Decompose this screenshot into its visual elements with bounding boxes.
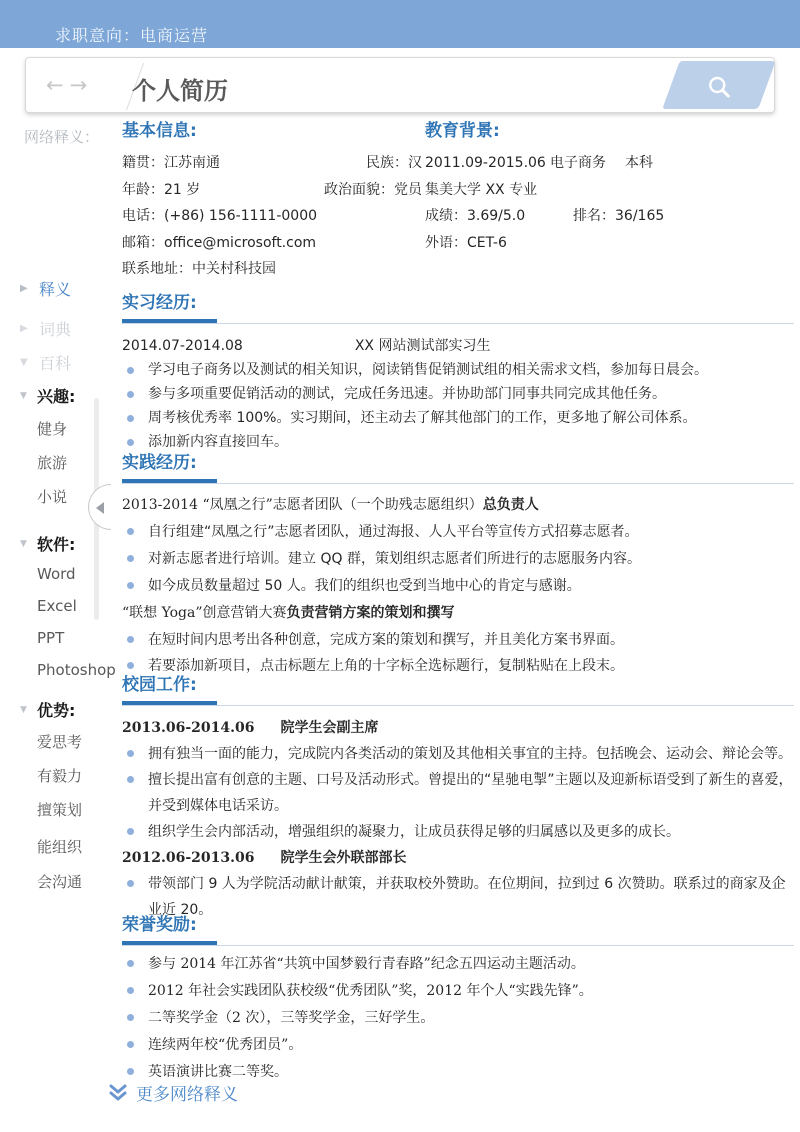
sidebar-item-cidian[interactable]: ▶ 词典 <box>20 317 71 340</box>
section-heading: 实习经历: <box>122 292 794 314</box>
bullet-list: 在短时间内思考出各种创意，完成方案的策划和撰写，并且美化方案书界面。 若要添加新… <box>122 627 794 679</box>
entry-period: 2013.06-2014.06 <box>122 715 254 741</box>
field-label: 外语： <box>425 230 467 257</box>
education-school: 集美大学 XX 专业 <box>425 177 788 204</box>
search-icon <box>706 74 732 100</box>
field-label: 籍贯： <box>122 150 164 177</box>
list-item: PPT <box>37 629 64 647</box>
section-rule <box>122 701 794 706</box>
field-value: 3.69/5.0 <box>467 208 525 224</box>
expand-down-icon[interactable]: ▼ <box>20 539 30 549</box>
group-title-label: 软件: <box>37 532 75 555</box>
sidebar-item-label: 释义 <box>39 277 71 300</box>
sidebar-item-shiyi[interactable]: ▶ 释义 <box>20 277 71 300</box>
field-label: 联系地址： <box>122 256 192 283</box>
education-major: 电子商务 <box>550 150 625 177</box>
list-item: 小说 <box>37 486 67 507</box>
list-item: 组织学生会内部活动，增强组织的凝聚力，让成员获得足够的归属感以及更多的成长。 <box>122 819 794 845</box>
page: 求职意向：电商运营 ← → 个人简历 网络释义： ▶ 释义 ▶ 词典 ▼ 百科 … <box>0 0 800 1132</box>
entry-title: 2013-2014 “凤凰之行”志愿者团队（一个助残志愿组织）总负责人 <box>122 492 794 519</box>
entry-title: “联想 Yoga”创意营销大赛负责营销方案的策划和撰写 <box>122 600 794 627</box>
expand-right-icon[interactable]: ▶ <box>20 323 30 334</box>
field-value: CET-6 <box>467 230 507 257</box>
list-item: Excel <box>37 597 77 615</box>
job-intention-bar: 求职意向：电商运营 <box>0 0 800 48</box>
list-item: 拥有独当一面的能力，完成院内各类活动的策划及其他相关事宜的主持。包括晚会、运动会… <box>122 741 794 767</box>
entry-period: 2012.06-2013.06 <box>122 845 254 871</box>
email-value: office@microsoft.com <box>164 230 316 257</box>
double-chevron-down-icon <box>108 1083 128 1103</box>
more-web-definitions-link[interactable]: 更多网络释义 <box>108 1080 238 1105</box>
sidebar-item-label: 百科 <box>39 351 71 374</box>
entry-role: 院学生会外联部部长 <box>280 845 406 871</box>
list-item: 健身 <box>37 418 67 439</box>
field-label: 排名： <box>573 208 615 224</box>
entry-role: XX 网站测试部实习生 <box>355 334 491 358</box>
entry-title-text: 2013-2014 “凤凰之行”志愿者团队（一个助残志愿组织） <box>122 497 483 513</box>
expand-down-icon[interactable]: ▼ <box>20 357 30 368</box>
entry-header: 2012.06-2013.06 院学生会外联部部长 <box>122 845 794 871</box>
group-title-strengths: ▼ 优势: <box>20 698 75 721</box>
info-row: 电话： (+86) 156-1111-0000 <box>122 203 422 230</box>
list-item: 学习电子商务以及测试的相关知识，阅读销售促销测试组的相关需求文档，参加每日晨会。 <box>122 358 794 382</box>
list-item: 连续两年校“优秀团员”。 <box>122 1032 794 1059</box>
forward-icon[interactable]: → <box>70 72 88 98</box>
header-bar: ← → 个人简历 <box>25 57 775 113</box>
field-value: 36/165 <box>615 208 664 224</box>
back-icon[interactable]: ← <box>46 72 64 98</box>
address-value: 中关村科技园 <box>192 256 276 283</box>
campus-section: 校园工作: 2013.06-2014.06 院学生会副主席 拥有独当一面的能力，… <box>122 674 794 923</box>
list-item: Word <box>37 565 76 583</box>
nav-arrows: ← → <box>46 72 116 98</box>
education-row: 外语： CET-6 <box>425 230 788 257</box>
info-row: 邮箱： office@microsoft.com <box>122 230 422 257</box>
field-label: 邮箱： <box>122 230 164 257</box>
entry-title-text: “联想 Yoga”创意营销大赛 <box>122 605 287 621</box>
group-title-interests: ▼ 兴趣: <box>20 384 75 407</box>
bullet-list: 拥有独当一面的能力，完成院内各类活动的策划及其他相关事宜的主持。包括晚会、运动会… <box>122 741 794 845</box>
list-item: 爱思考 <box>37 731 82 752</box>
web-definitions-label: 网络释义： <box>24 126 99 147</box>
list-item: 周考核优秀率 100%。实习期间，还主动去了解其他部门的工作，更多地了解公司体系… <box>122 406 794 430</box>
section-rule <box>122 479 794 484</box>
list-item: 自行组建“凤凰之行”志愿者团队，通过海报、人人平台等宣传方式招募志愿者。 <box>122 519 794 546</box>
expand-down-icon[interactable]: ▼ <box>20 391 30 401</box>
field-label: 成绩： <box>425 208 467 224</box>
honors-section: 荣誉奖励: 参与 2014 年江苏省“共筑中国梦毅行青春路”纪念五四运动主题活动… <box>122 914 794 1086</box>
page-title: 个人简历 <box>132 71 228 106</box>
phone-value: (+86) 156-1111-0000 <box>164 203 317 230</box>
list-item: 会沟通 <box>37 871 82 892</box>
job-intention-text: 求职意向：电商运营 <box>55 23 208 46</box>
field-label: 年龄： <box>122 177 164 204</box>
field-value: 21 岁 <box>164 177 200 204</box>
section-heading: 荣誉奖励: <box>122 914 794 936</box>
expand-down-icon[interactable]: ▼ <box>20 705 30 715</box>
list-item: 2012 年社会实践团队获校级“优秀团队”奖，2012 年个人“实践先锋”。 <box>122 978 794 1005</box>
entry-role: 院学生会副主席 <box>280 715 378 741</box>
entry-title-bold: 总负责人 <box>483 497 539 513</box>
list-item: 参与多项重要促销活动的测试，完成任务迅速。并协助部门同事共同完成其他任务。 <box>122 382 794 406</box>
section-heading: 校园工作: <box>122 674 794 696</box>
practice-section: 实践经历: 2013-2014 “凤凰之行”志愿者团队（一个助残志愿组织）总负责… <box>122 452 794 679</box>
sidebar-item-baike[interactable]: ▼ 百科 <box>20 351 71 374</box>
list-item: 能组织 <box>37 836 82 857</box>
list-item: 旅游 <box>37 452 67 473</box>
group-title-software: ▼ 软件: <box>20 532 75 555</box>
list-item: 在短时间内思考出各种创意，完成方案的策划和撰写，并且美化方案书界面。 <box>122 627 794 653</box>
education-section: 教育背景: 2011.09-2015.06 电子商务 本科 集美大学 XX 专业… <box>425 120 788 256</box>
expand-right-icon[interactable]: ▶ <box>20 283 30 294</box>
section-heading: 实践经历: <box>122 452 794 474</box>
list-item: 擅策划 <box>37 799 82 820</box>
list-item: 对新志愿者进行培训。建立 QQ 群，策划组织志愿者们所进行的志愿服务内容。 <box>122 546 794 573</box>
entry-period: 2014.07-2014.08 <box>122 334 243 358</box>
info-row: 籍贯： 江苏南通 民族： 汉 <box>122 150 422 177</box>
section-rule <box>122 941 794 946</box>
education-period: 2011.09-2015.06 <box>425 150 550 177</box>
section-heading: 教育背景: <box>425 120 788 142</box>
section-heading: 基本信息: <box>122 120 422 142</box>
education-degree: 本科 <box>625 150 653 177</box>
list-item: 参与 2014 年江苏省“共筑中国梦毅行青春路”纪念五四运动主题活动。 <box>122 951 794 978</box>
section-rule <box>122 319 794 324</box>
collapse-sidebar-handle[interactable] <box>88 484 111 530</box>
education-row: 成绩：3.69/5.0 排名：36/165 <box>425 203 788 230</box>
entry-header: 2013.06-2014.06 院学生会副主席 <box>122 715 794 741</box>
group-title-label: 优势: <box>37 698 75 721</box>
list-item: Photoshop <box>37 661 116 679</box>
search-button[interactable] <box>662 61 775 109</box>
group-title-label: 兴趣: <box>37 384 75 407</box>
list-item: 二等奖学金（2 次），三等奖学金，三好学生。 <box>122 1005 794 1032</box>
bullet-list: 自行组建“凤凰之行”志愿者团队，通过海报、人人平台等宣传方式招募志愿者。 对新志… <box>122 519 794 600</box>
entry-title-bold: 负责营销方案的策划和撰写 <box>287 605 455 621</box>
info-row: 联系地址： 中关村科技园 <box>122 256 422 283</box>
list-item: 如今成员数量超过 50 人。我们的组织也受到当地中心的肯定与感谢。 <box>122 573 794 600</box>
field-value: 汉 <box>408 150 422 177</box>
bullet-list: 参与 2014 年江苏省“共筑中国梦毅行青春路”纪念五四运动主题活动。 2012… <box>122 951 794 1086</box>
list-item: 有毅力 <box>37 765 82 786</box>
field-label: 民族： <box>366 150 408 177</box>
field-label: 电话： <box>122 203 164 230</box>
more-link-label: 更多网络释义 <box>136 1080 238 1105</box>
sidebar-item-label: 词典 <box>39 317 71 340</box>
internship-section: 实习经历: 2014.07-2014.08 XX 网站测试部实习生 学习电子商务… <box>122 292 794 454</box>
info-row: 年龄： 21 岁 政治面貌： 党员 <box>122 177 422 204</box>
field-label: 政治面貌： <box>324 177 394 204</box>
field-value: 江苏南通 <box>164 150 220 177</box>
collapse-left-icon <box>96 502 104 514</box>
list-item: 添加新内容直接回车。 <box>122 430 794 454</box>
education-row: 2011.09-2015.06 电子商务 本科 <box>425 150 788 177</box>
field-value: 党员 <box>394 177 422 204</box>
list-item: 擅长提出富有创意的主题、口号及活动形式。曾提出的“星驰电掣”主题以及迎新标语受到… <box>122 767 794 819</box>
rank: 排名：36/165 <box>573 203 664 230</box>
gpa: 成绩：3.69/5.0 <box>425 203 573 230</box>
basic-info-section: 基本信息: 籍贯： 江苏南通 民族： 汉 年龄： 21 岁 政治面貌： 党员 电… <box>122 120 422 283</box>
bullet-list: 学习电子商务以及测试的相关知识，阅读销售促销测试组的相关需求文档，参加每日晨会。… <box>122 358 794 454</box>
entry-header: 2014.07-2014.08 XX 网站测试部实习生 <box>122 334 794 358</box>
